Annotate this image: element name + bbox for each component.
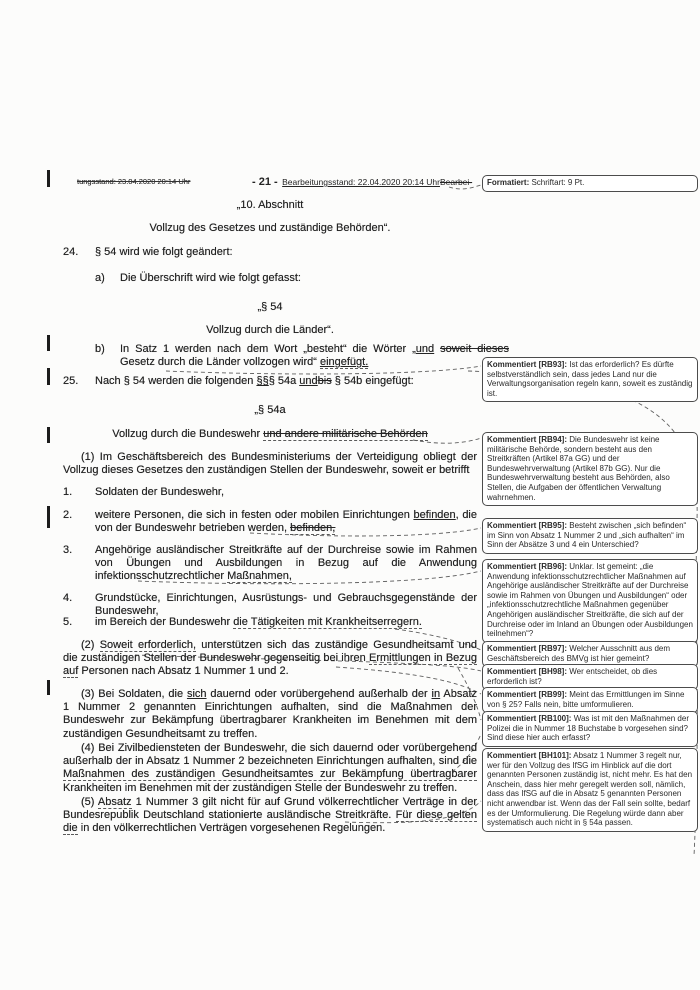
text-run: Personen nach Absatz 1 Nummer 1 und 2.	[78, 665, 288, 677]
comment-anchor-text: die Tätigkeiten mit Krankheitserregern.	[233, 616, 422, 629]
item-number: 2.	[63, 509, 95, 535]
text-run: § 54a	[269, 375, 300, 387]
item-text: In Satz 1 werden nach dem Wort „besteht“…	[120, 343, 509, 369]
amendment-item-24b: b) In Satz 1 werden nach dem Wort „beste…	[95, 343, 509, 369]
paragraph-4: (4) Bei Zivilbediensteten der Bundeswehr…	[63, 742, 477, 795]
heading-paragraph-54-title: Vollzug durch die Länder“.	[63, 324, 477, 337]
scanned-document-page: tungsstand: 23.04.2020 20:14 Uhr - 21 - …	[0, 0, 700, 990]
paragraph-3: (3) Bei Soldaten, die sich dauernd oder …	[63, 688, 477, 741]
inserted-text: in	[432, 688, 441, 700]
deleted-comment-anchor-text: und andere militärische Behörden	[263, 428, 428, 441]
list-item-5: 5. im Bereich der Bundeswehr die Tätigke…	[63, 616, 477, 629]
text-run: (4) Bei Zivilbediensteten der Bundeswehr…	[63, 742, 477, 767]
heading-paragraph-54: „§ 54	[63, 301, 477, 314]
text-run: Krankheiten im Benehmen mit der zuständi…	[63, 782, 457, 794]
section-subheading: Vollzug des Gesetzes und zuständige Behö…	[63, 222, 477, 235]
amendment-item-24: 24. § 54 wird wie folgt geändert:	[63, 246, 477, 259]
item-number: 1.	[63, 486, 95, 499]
text-run: im Bereich der Bundeswehr	[95, 616, 233, 628]
change-bar	[47, 170, 50, 187]
deleted-text: bis	[318, 375, 332, 387]
comment-label: Kommentiert [RB99]:	[487, 690, 567, 699]
comment-box-rb95: Kommentiert [RB95]: Besteht zwischen „si…	[482, 518, 698, 554]
comment-box-bh101: Kommentiert [BH101]: Absatz 1 Nummer 3 r…	[482, 748, 698, 832]
amendment-item-24a: a) Die Überschrift wird wie folgt gefass…	[95, 272, 509, 285]
comment-anchor-text: Ermittlungen	[369, 652, 431, 665]
item-number: b)	[95, 343, 120, 369]
comment-anchor-text: Maßnahmen des zuständigen Gesundheitsamt…	[63, 768, 477, 781]
text-run: In Satz 1 werden nach dem Wort „besteht“…	[120, 343, 416, 355]
heading-paragraph-54a: „§ 54a	[63, 404, 477, 417]
inserted-text: und	[299, 375, 317, 387]
item-text: Angehörige ausländischer Streitkräfte au…	[95, 544, 477, 584]
paragraph-2: (2) Soweit erforderlich, unterstützen si…	[63, 639, 477, 679]
list-item-1: 1. Soldaten der Bundeswehr,	[63, 486, 477, 499]
text-run: (5)	[81, 796, 98, 808]
comment-label: Kommentiert [BH98]:	[487, 667, 567, 676]
item-text: weitere Personen, die sich in festen ode…	[95, 509, 477, 535]
inserted-text: sich	[187, 688, 207, 700]
comment-box-rb100: Kommentiert [RB100]: Was ist mit den Maß…	[482, 711, 698, 747]
item-number: 5.	[63, 616, 95, 629]
text-run: Vollzug durch die Bundeswehr	[112, 428, 263, 440]
paragraph-5: (5) Absatz 1 Nummer 3 gilt nicht für auf…	[63, 796, 477, 836]
comment-label: Kommentiert [RB94]:	[487, 435, 567, 444]
comment-box-rb99: Kommentiert [RB99]: Meint das Ermittlung…	[482, 687, 698, 713]
item-text: Grundstücke, Einrichtungen, Ausrüstungs-…	[95, 592, 477, 618]
header-deleted-tail: Bearbei-	[440, 177, 472, 187]
inserted-text: befinden	[413, 509, 455, 521]
callout-text: Schriftart: 9 Pt.	[529, 178, 584, 187]
comment-text: Die Bundeswehr ist keine militärische Be…	[487, 435, 670, 502]
comment-label: Kommentiert [RB100]:	[487, 714, 571, 723]
format-callout-box: Formatiert: Schriftart: 9 Pt.	[482, 175, 698, 192]
text-run: (2)	[81, 639, 100, 651]
text-run: weitere Personen, die sich in festen ode…	[95, 509, 413, 521]
item-number: 4.	[63, 592, 95, 618]
comment-label: Kommentiert [RB97]:	[487, 644, 567, 653]
comment-label: Kommentiert [RB95]:	[487, 521, 567, 530]
text-run: dauernd oder vorübergehend außerhalb der	[207, 688, 432, 700]
comment-anchor-text: Soweit erforderlich,	[100, 639, 196, 652]
header-inserted-edit-stamp: Bearbeitungsstand: 22.04.2020 20:14 Uhr	[282, 177, 440, 187]
text-run: § 54b eingefügt:	[332, 375, 414, 387]
change-bar	[47, 427, 50, 443]
comment-box-rb93: Kommentiert [RB93]: Ist das erforderlich…	[482, 357, 698, 402]
comment-text: Unklar. Ist gemeint: „die Anwendung infe…	[487, 562, 693, 638]
comment-text: Absatz 1 Nummer 3 regelt nur, wer für de…	[487, 751, 692, 827]
comment-anchor-text: Absatz	[98, 796, 132, 809]
text-run: in den völkerrechtlichen Verträgen vorge…	[78, 822, 386, 834]
comment-anchor-text: eingefügt.	[320, 356, 368, 369]
page-header: - 21 - Bearbeitungsstand: 22.04.2020 20:…	[252, 172, 472, 190]
item-text: § 54 wird wie folgt geändert:	[95, 246, 477, 259]
list-item-3: 3. Angehörige ausländischer Streitkräfte…	[63, 544, 477, 584]
item-text: Soldaten der Bundeswehr,	[95, 486, 477, 499]
item-text: im Bereich der Bundeswehr die Tätigkeite…	[95, 616, 477, 629]
callout-label: Formatiert:	[487, 178, 529, 187]
header-deleted-edit-stamp: tungsstand: 23.04.2020 20:14 Uhr	[77, 177, 190, 186]
change-bar	[47, 506, 50, 528]
amendment-item-25: 25. Nach § 54 werden die folgenden §§§ 5…	[63, 375, 477, 388]
page-number: - 21 -	[252, 176, 278, 188]
list-item-2: 2. weitere Personen, die sich in festen …	[63, 509, 477, 535]
item-number: 25.	[63, 375, 95, 388]
item-number: 24.	[63, 246, 95, 259]
paragraph-1: (1) Im Geschäftsbereich des Bundesminist…	[63, 451, 477, 477]
comment-box-rb94: Kommentiert [RB94]: Die Bundeswehr ist k…	[482, 432, 698, 506]
change-bar	[47, 335, 50, 351]
comment-label: Kommentiert [BH101]:	[487, 751, 571, 760]
inserted-text: und	[416, 343, 434, 355]
inserted-text: §§	[256, 375, 268, 387]
heading-paragraph-54a-title: Vollzug durch die Bundeswehr und andere …	[63, 428, 477, 441]
list-item-4: 4. Grundstücke, Einrichtungen, Ausrüstun…	[63, 592, 477, 618]
item-number: a)	[95, 272, 120, 285]
item-text: Die Überschrift wird wie folgt gefasst:	[120, 272, 509, 285]
comment-label: Kommentiert [RB96]:	[487, 562, 567, 571]
item-number: 3.	[63, 544, 95, 584]
comment-label: Kommentiert [RB93]:	[487, 360, 567, 369]
comment-box-rb96: Kommentiert [RB96]: Unklar. Ist gemeint:…	[482, 559, 698, 643]
text-run: Nach § 54 werden die folgenden	[95, 375, 256, 387]
section-heading: „10. Abschnitt	[63, 199, 477, 212]
deleted-comment-anchor-text: befinden,	[290, 522, 335, 535]
change-bar	[47, 368, 50, 385]
text-run: (3) Bei Soldaten, die	[81, 688, 187, 700]
deleted-text: soweit dieses	[440, 343, 509, 355]
text-run: Gesetz durch die Länder vollzogen wird“	[120, 356, 320, 368]
comment-anchor-text: Maßnahmen,	[227, 570, 292, 583]
change-bar	[47, 680, 50, 695]
item-text: Nach § 54 werden die folgenden §§§ 54a u…	[95, 375, 477, 388]
